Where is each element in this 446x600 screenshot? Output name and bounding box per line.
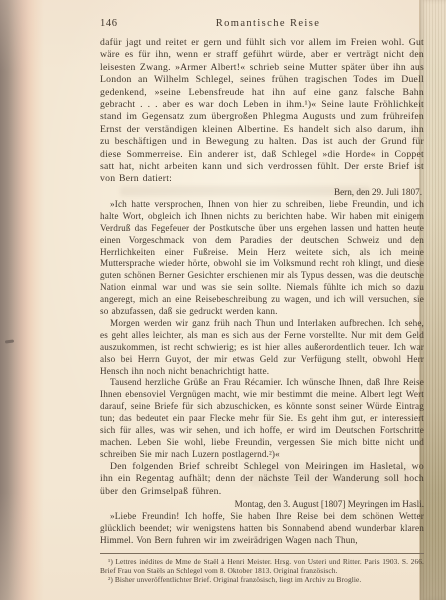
paragraph-letter: Morgen werden wir ganz früh nach Thun un… (100, 318, 424, 378)
paragraph-narrative: Den folgenden Brief schreibt Schlegel vo… (100, 461, 424, 498)
letter-dateline-bern: Bern, den 29. Juli 1807. (100, 186, 424, 199)
footnote-2: ²) Bisher unveröffentlichter Brief. Orig… (100, 575, 424, 584)
paragraph-letter: »Liebe Freundin! Ich hoffe, Sie haben Ih… (100, 511, 424, 547)
paragraph-letter: »Ich hatte versprochen, Ihnen von hier z… (100, 199, 424, 318)
letter-dateline-meyringen: Montag, den 3. August [1807] Meyringen i… (100, 498, 424, 511)
book-page-scan: 146 Romantische Reise dafür jagt und rei… (0, 0, 446, 600)
page-content: 146 Romantische Reise dafür jagt und rei… (100, 18, 424, 584)
page-gutter-shadow (0, 0, 44, 600)
paragraph-narrative-continuation: dafür jagt und reitet er gern und fühlt … (100, 37, 424, 186)
page-number: 146 (100, 18, 160, 29)
running-header: 146 Romantische Reise (100, 18, 424, 29)
footnote-block: ¹) Lettres inédites de Mme de Staël à He… (100, 553, 424, 585)
running-title: Romantische Reise (160, 18, 424, 29)
footnote-1: ¹) Lettres inédites de Mme de Staël à He… (100, 557, 424, 575)
paragraph-letter: Tausend herzliche Grüße an Frau Récamier… (100, 377, 424, 460)
